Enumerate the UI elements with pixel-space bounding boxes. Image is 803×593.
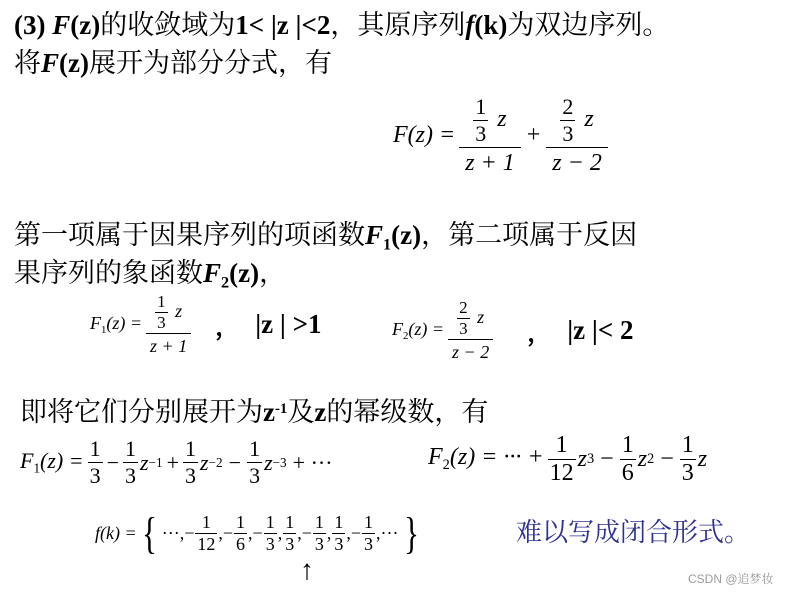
- series-F1-lhs: F1(z) =: [20, 448, 84, 477]
- subscript: 2: [221, 274, 229, 292]
- close-brace: }: [404, 508, 419, 559]
- z-arg: (z): [70, 10, 100, 40]
- F2-lhs: F2(z) =: [392, 319, 444, 342]
- text: ，第二项属于反因: [421, 220, 637, 251]
- equation-partial-fraction: F(z) = 13 z z + 1 + 23 z z − 2: [393, 94, 608, 177]
- text: 果序列的象函数: [14, 258, 203, 289]
- text: ，: [259, 258, 286, 289]
- series-F1-term: 13: [88, 436, 103, 489]
- F2-fraction: 23 z z − 2: [448, 298, 493, 363]
- item-number: (3): [14, 10, 52, 40]
- fraction-term2: 23 z z − 2: [546, 94, 608, 177]
- sequence-lead: ···,: [162, 523, 184, 544]
- line-2: 将F(z)展开为部分分式，有: [14, 46, 332, 81]
- sequence-item-origin: 13,: [282, 512, 302, 555]
- z-arg: (z): [391, 220, 421, 250]
- origin-arrow-icon: ↑: [300, 556, 314, 586]
- F1-symbol: F: [365, 220, 383, 250]
- series-F2-lhs: F2(z) = ··· +: [428, 444, 544, 474]
- sequence-trail: ···: [381, 523, 399, 544]
- sequence-item: −13,: [253, 512, 283, 555]
- text: 即将它们分别展开为: [20, 397, 263, 428]
- series-F1-term: − 13 z−3: [223, 436, 287, 489]
- sequence-item: −16,: [223, 512, 253, 555]
- F-symbol: F: [41, 48, 59, 78]
- separator: ，: [527, 313, 551, 348]
- separator: ，: [215, 307, 239, 342]
- text: 及: [287, 397, 314, 428]
- series-F2-term: − 13 z: [654, 432, 707, 487]
- text: 的幂级数，有: [326, 397, 488, 428]
- text: ，其原序列: [330, 10, 465, 41]
- series-F1-term: + 13 z−2: [163, 436, 223, 489]
- plus-sign: +: [527, 122, 541, 149]
- equation-lhs: F(z) =: [393, 122, 455, 149]
- F2-symbol: F: [203, 258, 221, 288]
- z-arg: (z): [229, 258, 259, 288]
- open-brace: {: [142, 508, 157, 559]
- F-symbol: F: [52, 10, 70, 40]
- z-arg: (z): [59, 48, 89, 78]
- sequence-item: 13,: [331, 512, 351, 555]
- sequence-item: −112,: [184, 512, 223, 555]
- sequence-fk: f(k) = { ···, −112, −16, −13, 13, −13, 1…: [95, 508, 422, 559]
- F2-roc: |z |< 2: [567, 315, 633, 346]
- F1-fraction: 13 z z + 1: [146, 292, 191, 357]
- series-F2: F2(z) = ··· + 112 z3 − 16 z2 − 13 z: [428, 432, 707, 487]
- sequence-lhs: f(k) =: [95, 523, 137, 544]
- z-symbol: z: [263, 397, 275, 427]
- F1-lhs: F1(z) =: [90, 313, 142, 336]
- line-1: (3) F(z)的收敛域为1< |z |<2，其原序列f(k)为双边序列。: [14, 8, 669, 43]
- sequence-item: −13,: [351, 512, 381, 555]
- watermark: CSDN @追梦妆: [688, 570, 774, 587]
- equation-F2: F2(z) = 23 z z − 2 ， |z |< 2: [392, 298, 633, 363]
- text: 展开为部分分式，有: [89, 48, 332, 79]
- closed-form-note: 难以写成闭合形式。: [516, 516, 750, 550]
- z-symbol: z: [314, 397, 326, 427]
- series-F1-term: − 13 z−1: [103, 436, 163, 489]
- equation-F1: F1(z) = 13 z z + 1 ， |z | >1: [90, 292, 321, 357]
- series-tail: + ···: [293, 450, 333, 476]
- text: 将: [14, 48, 41, 79]
- F1-roc: |z | >1: [255, 309, 321, 340]
- text: 第一项属于因果序列的项函数: [14, 220, 365, 251]
- roc-range: 1< |z |<2: [235, 10, 330, 40]
- exponent: -1: [275, 401, 287, 417]
- sequence-item: −13,: [302, 512, 332, 555]
- k-arg: (k): [474, 10, 507, 40]
- text: 的收敛域为: [100, 10, 235, 41]
- fraction-term1: 13 z z + 1: [459, 94, 521, 177]
- series-F2-term: 112 z3: [548, 432, 595, 487]
- text: 为双边序列。: [507, 10, 669, 41]
- series-F2-term: − 16 z2: [594, 432, 654, 487]
- subscript: 1: [383, 236, 391, 254]
- line-5: 即将它们分别展开为z-1及z的幂级数，有: [20, 392, 488, 430]
- series-F1: F1(z) = 13 − 13 z−1 + 13 z−2 − 13 z−3 + …: [20, 436, 333, 489]
